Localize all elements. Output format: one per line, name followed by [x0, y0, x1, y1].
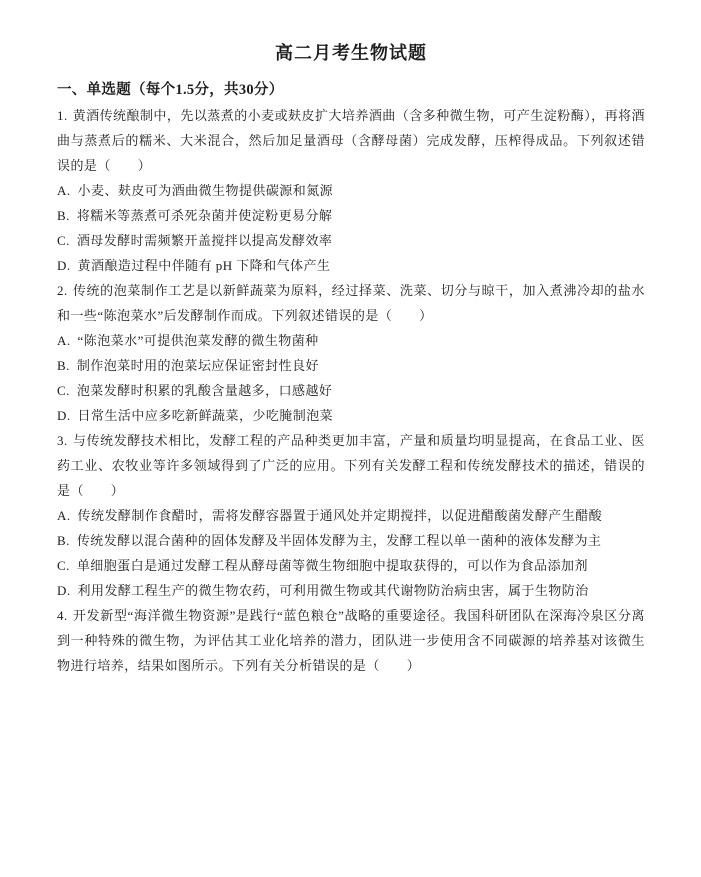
question-3-option-c: C.单细胞蛋白是通过发酵工程从酵母菌等微生物细胞中提取获得的，可以作为食品添加剂 — [57, 553, 645, 578]
question-1-option-d: D.黄酒酿造过程中伴随有 pH 下降和气体产生 — [57, 253, 645, 278]
option-a-label: A. — [57, 508, 71, 523]
option-d-text: 黄酒酿造过程中伴随有 pH 下降和气体产生 — [78, 258, 331, 273]
exam-document-page: 高二月考生物试题 一、单选题（每个1.5分，共30分） 1.黄酒传统酿制中，先以… — [0, 0, 701, 877]
option-b-text: 制作泡菜时用的泡菜坛应保证密封性良好 — [77, 358, 319, 373]
question-1: 1.黄酒传统酿制中，先以蒸煮的小麦或麸皮扩大培养酒曲（含多种微生物，可产生淀粉酶… — [57, 103, 645, 278]
option-c-text: 单细胞蛋白是通过发酵工程从酵母菌等微生物细胞中提取获得的，可以作为食品添加剂 — [77, 558, 588, 573]
page-title: 高二月考生物试题 — [57, 0, 645, 64]
question-4: 4.开发新型“海洋微生物资源”是践行“蓝色粮仓”战略的重要途径。我国科研团队在深… — [57, 603, 645, 678]
option-a-text: “陈泡菜水”可提供泡菜发酵的微生物菌种 — [78, 333, 319, 348]
option-a-label: A. — [57, 183, 71, 198]
question-3-stem: 3.与传统发酵技术相比，发酵工程的产品种类更加丰富，产量和质量均明显提高，在食品… — [57, 428, 645, 503]
section-heading: 一、单选题（每个1.5分，共30分） — [57, 78, 645, 103]
option-b-text: 将糯米等蒸煮可杀死杂菌并使淀粉更易分解 — [77, 208, 333, 223]
option-c-label: C. — [57, 383, 70, 398]
question-1-number: 1. — [57, 108, 68, 123]
question-2-stem: 2.传统的泡菜制作工艺是以新鲜蔬菜为原料，经过择菜、洗菜、切分与晾干，加入煮沸冷… — [57, 278, 645, 328]
option-b-label: B. — [57, 208, 70, 223]
option-b-label: B. — [57, 358, 70, 373]
option-c-text: 酒母发酵时需频繁开盖搅拌以提高发酵效率 — [77, 233, 333, 248]
document-content: 高二月考生物试题 一、单选题（每个1.5分，共30分） 1.黄酒传统酿制中，先以… — [0, 0, 701, 678]
question-3-option-b: B.传统发酵以混合菌种的固体发酵及半固体发酵为主，发酵工程以单一菌种的液体发酵为… — [57, 528, 645, 553]
option-a-text: 小麦、麸皮可为酒曲微生物提供碳源和氮源 — [78, 183, 334, 198]
question-1-option-a: A.小麦、麸皮可为酒曲微生物提供碳源和氮源 — [57, 178, 645, 203]
question-3-option-d: D.利用发酵工程生产的微生物农药，可利用微生物或其代谢物防治病虫害，属于生物防治 — [57, 578, 645, 603]
question-2-option-c: C.泡菜发酵时积累的乳酸含量越多，口感越好 — [57, 378, 645, 403]
option-d-label: D. — [57, 258, 71, 273]
option-c-text: 泡菜发酵时积累的乳酸含量越多，口感越好 — [77, 383, 333, 398]
question-3: 3.与传统发酵技术相比，发酵工程的产品种类更加丰富，产量和质量均明显提高，在食品… — [57, 428, 645, 603]
question-1-stem-text: 黄酒传统酿制中，先以蒸煮的小麦或麸皮扩大培养酒曲（含多种微生物，可产生淀粉酶），… — [57, 108, 645, 173]
question-2-option-a: A.“陈泡菜水”可提供泡菜发酵的微生物菌种 — [57, 328, 645, 353]
option-b-label: B. — [57, 533, 70, 548]
question-3-number: 3. — [57, 433, 68, 448]
question-2-stem-text: 传统的泡菜制作工艺是以新鲜蔬菜为原料，经过择菜、洗菜、切分与晾干，加入煮沸冷却的… — [57, 283, 645, 323]
option-d-text: 利用发酵工程生产的微生物农药，可利用微生物或其代谢物防治病虫害，属于生物防治 — [78, 583, 589, 598]
question-2-option-d: D.日常生活中应多吃新鲜蔬菜，少吃腌制泡菜 — [57, 403, 645, 428]
question-4-stem-text: 开发新型“海洋微生物资源”是践行“蓝色粮仓”战略的重要途径。我国科研团队在深海冷… — [57, 608, 645, 673]
option-b-text: 传统发酵以混合菌种的固体发酵及半固体发酵为主，发酵工程以单一菌种的液体发酵为主 — [77, 533, 602, 548]
question-3-option-a: A.传统发酵制作食醋时，需将发酵容器置于通风处并定期搅拌，以促进醋酸菌发酵产生醋… — [57, 503, 645, 528]
option-c-label: C. — [57, 558, 70, 573]
question-1-option-c: C.酒母发酵时需频繁开盖搅拌以提高发酵效率 — [57, 228, 645, 253]
question-2-option-b: B.制作泡菜时用的泡菜坛应保证密封性良好 — [57, 353, 645, 378]
option-c-label: C. — [57, 233, 70, 248]
question-1-option-b: B.将糯米等蒸煮可杀死杂菌并使淀粉更易分解 — [57, 203, 645, 228]
option-d-label: D. — [57, 408, 71, 423]
question-3-stem-text: 与传统发酵技术相比，发酵工程的产品种类更加丰富，产量和质量均明显提高，在食品工业… — [57, 433, 645, 498]
question-2-number: 2. — [57, 283, 68, 298]
option-d-text: 日常生活中应多吃新鲜蔬菜，少吃腌制泡菜 — [78, 408, 334, 423]
question-2: 2.传统的泡菜制作工艺是以新鲜蔬菜为原料，经过择菜、洗菜、切分与晾干，加入煮沸冷… — [57, 278, 645, 428]
option-d-label: D. — [57, 583, 71, 598]
question-1-stem: 1.黄酒传统酿制中，先以蒸煮的小麦或麸皮扩大培养酒曲（含多种微生物，可产生淀粉酶… — [57, 103, 645, 178]
question-4-stem: 4.开发新型“海洋微生物资源”是践行“蓝色粮仓”战略的重要途径。我国科研团队在深… — [57, 603, 645, 678]
question-4-number: 4. — [57, 608, 68, 623]
option-a-text: 传统发酵制作食醋时，需将发酵容器置于通风处并定期搅拌，以促进醋酸菌发酵产生醋酸 — [78, 508, 603, 523]
option-a-label: A. — [57, 333, 71, 348]
